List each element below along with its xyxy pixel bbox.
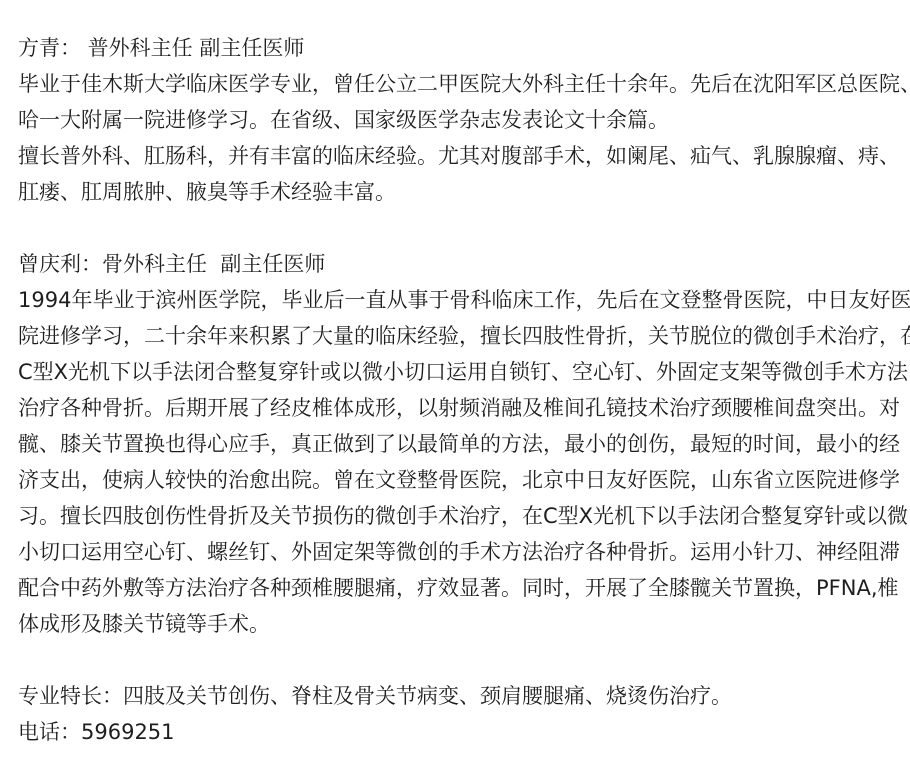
doctor-title-line: 方青： 普外科主任 副主任医师 (18, 30, 910, 66)
profile-text-line: 擅长普外科、肛肠科，并有丰富的临床经验。尤其对腹部手术，如阑尾、疝气、乳腺腺瘤、… (18, 138, 910, 174)
paragraph-spacer (18, 642, 910, 678)
doctor-profile-fang-qing: 方青： 普外科主任 副主任医师 毕业于佳木斯大学临床医学专业，曾任公立二甲医院大… (18, 30, 910, 210)
doctor-title-line: 曾庆利：骨外科主任 副主任医师 (18, 246, 910, 282)
profile-text-line: 髋、膝关节置换也得心应手，真正做到了以最简单的方法，最小的创伤，最短的时间，最小… (18, 426, 910, 462)
profile-text-line: 1994年毕业于滨州医学院，毕业后一直从事于骨科临床工作，先后在文登整骨医院，中… (18, 282, 910, 318)
phone-line: 电话：5969251 (18, 714, 910, 750)
profile-text-line: 体成形及膝关节镜等手术。 (18, 606, 910, 642)
profile-text-line: 哈一大附属一院进修学习。在省级、国家级医学杂志发表论文十余篇。 (18, 102, 910, 138)
profile-text-line: 小切口运用空心钉、螺丝钉、外固定架等微创的手术方法治疗各种骨折。运用小针刀、神经… (18, 534, 910, 570)
footer-info: 专业特长：四肢及关节创伤、脊柱及骨关节病变、颈肩腰腿痛、烧烫伤治疗。 电话：59… (18, 678, 910, 750)
doctor-profiles-document: 方青： 普外科主任 副主任医师 毕业于佳木斯大学临床医学专业，曾任公立二甲医院大… (0, 0, 910, 773)
profile-text-line: 习。擅长四肢创伤性骨折及关节损伤的微创手术治疗，在C型X光机下以手法闭合整复穿针… (18, 498, 910, 534)
profile-text-line: 配合中药外敷等方法治疗各种颈椎腰腿痛，疗效显著。同时，开展了全膝髋关节置换，PF… (18, 570, 910, 606)
paragraph-spacer (18, 210, 910, 246)
profile-text-line: 肛瘘、肛周脓肿、腋臭等手术经验丰富。 (18, 174, 910, 210)
doctor-profile-zeng-qingli: 曾庆利：骨外科主任 副主任医师 1994年毕业于滨州医学院，毕业后一直从事于骨科… (18, 246, 910, 642)
profile-text-line: C型X光机下以手法闭合整复穿针或以微小切口运用自锁钉、空心钉、外固定支架等微创手… (18, 354, 910, 390)
profile-text-line: 院进修学习，二十余年来积累了大量的临床经验，擅长四肢性骨折，关节脱位的微创手术治… (18, 318, 910, 354)
profile-text-line: 济支出，使病人较快的治愈出院。曾在文登整骨医院，北京中日友好医院，山东省立医院进… (18, 462, 910, 498)
profile-text-line: 治疗各种骨折。后期开展了经皮椎体成形，以射频消融及椎间孔镜技术治疗颈腰椎间盘突出… (18, 390, 910, 426)
profile-text-line: 毕业于佳木斯大学临床医学专业，曾任公立二甲医院大外科主任十余年。先后在沈阳军区总… (18, 66, 910, 102)
specialty-line: 专业特长：四肢及关节创伤、脊柱及骨关节病变、颈肩腰腿痛、烧烫伤治疗。 (18, 678, 910, 714)
